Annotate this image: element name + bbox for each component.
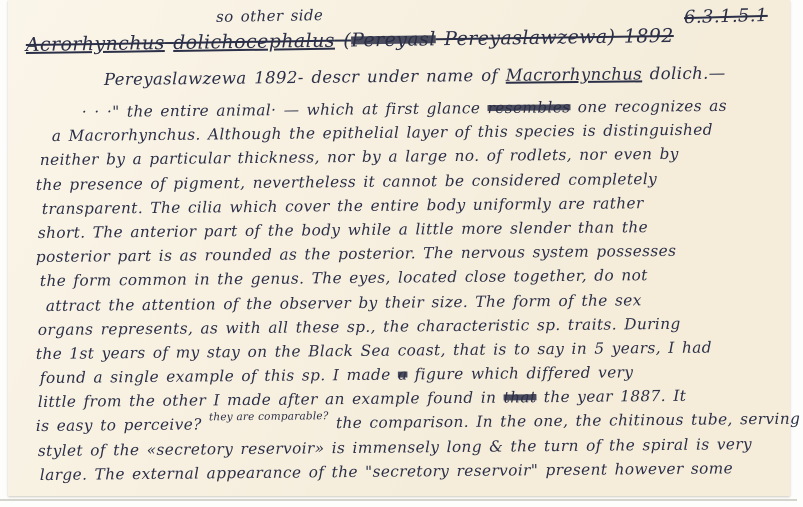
- catalog-number-value: 6.3.1.5.1: [684, 5, 768, 28]
- see-other-side-note: so other side: [216, 6, 324, 26]
- handwritten-text: dolich.—: [642, 63, 726, 83]
- interlinear-note: they are comparable?: [209, 411, 329, 424]
- scanned-page: so other side 6.3.1.5.1 Acrorhynchus dol…: [0, 0, 803, 507]
- handwritten-text: a: [398, 366, 408, 384]
- handwritten-text: · · ·" the entire animal· — which at fir…: [82, 99, 488, 121]
- handwritten-text: that: [504, 388, 537, 406]
- handwritten-text: one recognizes as: [570, 97, 727, 117]
- handwritten-text: the year 1887. It: [536, 387, 686, 406]
- handwritten-text: (: [335, 29, 352, 51]
- species-title-line: Acrorhynchus dolichocephalus (Pereyasl P…: [26, 25, 674, 56]
- handwritten-text: the comparison. In the one, the chitinou…: [329, 410, 803, 433]
- handwritten-text: Pereyasl: [351, 28, 436, 51]
- handwritten-text: Pereyaslawzewa) 1892: [436, 25, 674, 50]
- handwritten-text: is easy to perceive?: [36, 416, 209, 436]
- handwritten-text: figure which differed very: [407, 363, 633, 383]
- handwritten-text: dolichocephalus: [173, 30, 335, 54]
- handwritten-text: Macrorhynchus: [506, 64, 643, 84]
- index-card: so other side 6.3.1.5.1 Acrorhynchus dol…: [8, 0, 790, 496]
- handwritten-text: Pereyaslawzewa 1892- descr under name of: [104, 66, 506, 89]
- transcription-body: · · ·" the entire animal· — which at fir…: [24, 103, 784, 490]
- handwritten-text: found a single example of this sp. I mad…: [40, 366, 398, 387]
- handwritten-text: Acrorhynchus: [26, 32, 165, 56]
- handwritten-text: resembles: [487, 98, 570, 117]
- catalog-number: 6.3.1.5.1: [684, 5, 768, 28]
- reference-line: Pereyaslawzewa 1892- descr under name of…: [104, 63, 726, 89]
- handwritten-text: little from the other I made after an ex…: [38, 389, 504, 411]
